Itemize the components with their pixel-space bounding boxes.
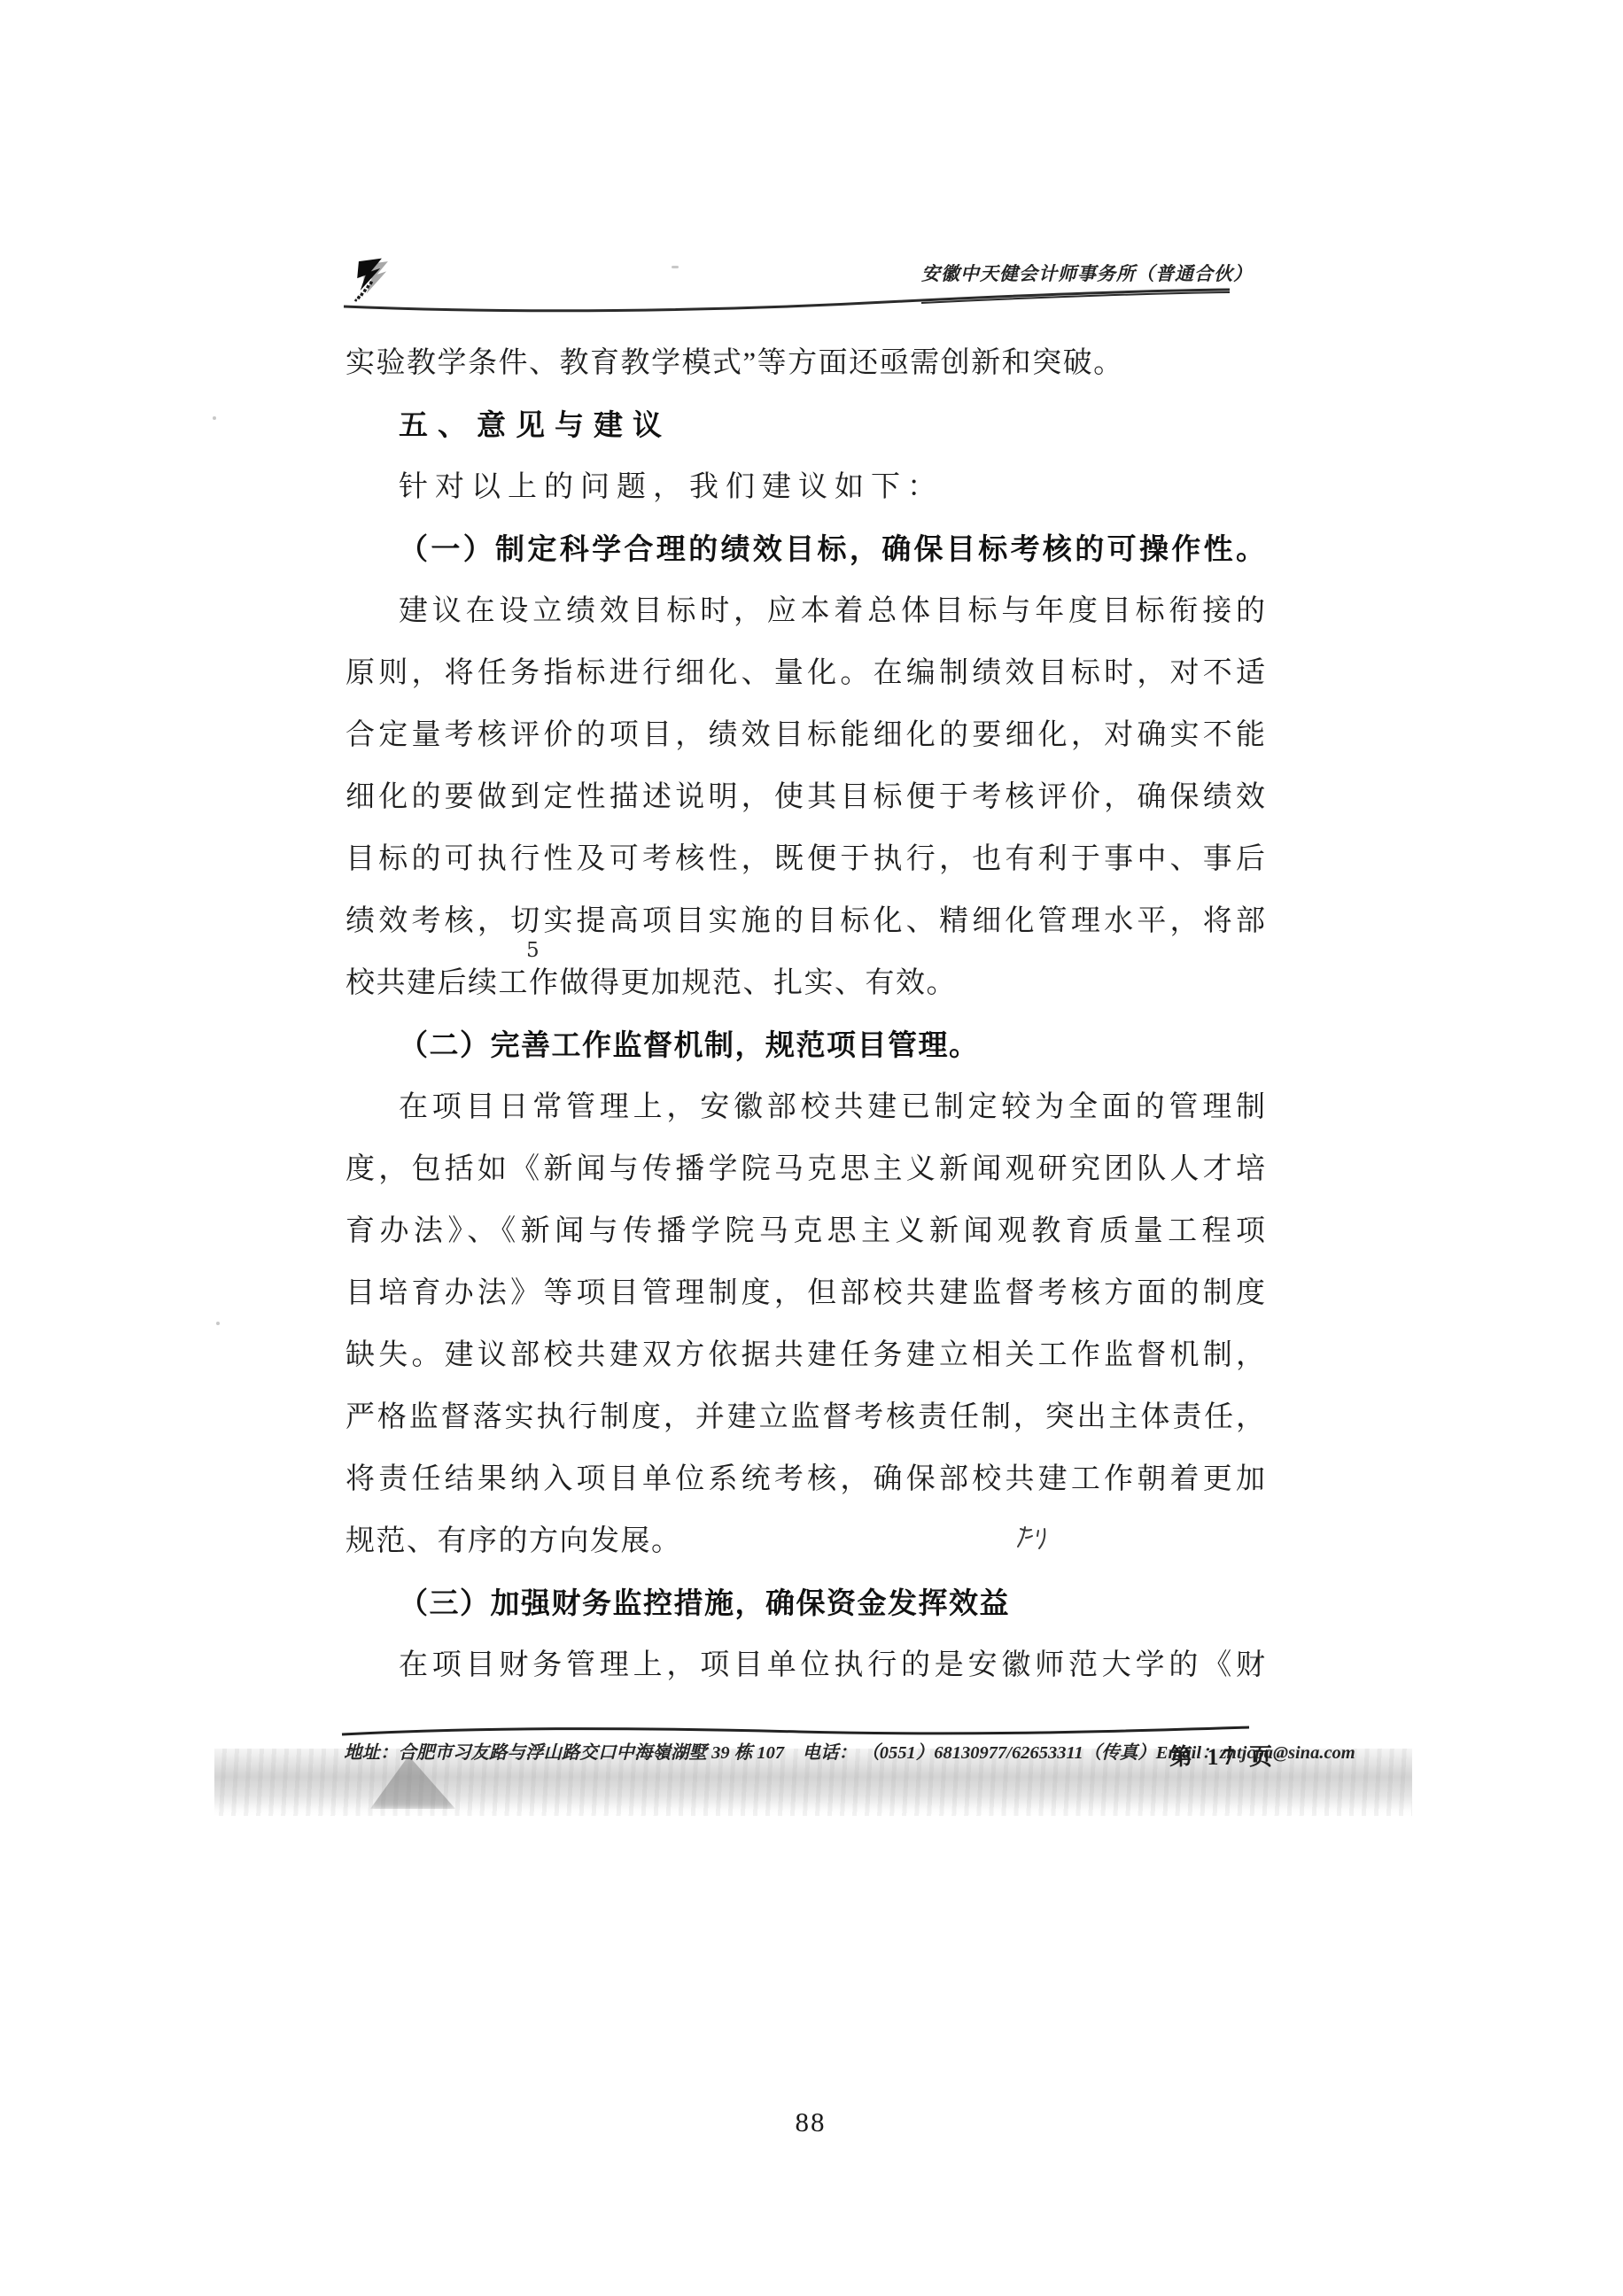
text-line: 目培育办法》等项目管理制度，但部校共建监督考核方面的制度 [346,1262,1265,1324]
subsection-heading: （三）加强财务监控措施，确保资金发挥效益 [346,1572,1265,1634]
scan-speck [213,416,216,420]
body-text-column: 实验教学条件、教育教学模式”等方面还亟需创新和突破。 五、意见与建议 针对以上的… [346,332,1265,1696]
text-line: 严格监督落实执行制度，并建立监督考核责任制，突出主体责任， [346,1386,1265,1448]
text-line: 针对以上的问题，我们建议如下： [346,456,1265,518]
page-number: 88 [0,2106,1623,2138]
text-line: 校共建后续工作做得更加规范、扎实、有效。 [346,952,1265,1014]
header-rule [337,282,1240,317]
text-line: 目标的可执行性及可考核性，既便于执行，也有利于事中、事后 [346,828,1265,890]
scan-speck [672,266,679,268]
text-line: 将责任结果纳入项目单位系统考核，确保部校共建工作朝着更加 [346,1448,1265,1510]
text-line: 在项目日常管理上，安徽部校共建已制定较为全面的管理制 [346,1076,1265,1138]
handwritten-5-mark: 5 [526,939,540,962]
text-line: 规范、有序的方向发展。 [346,1510,1265,1572]
text-line: 建议在设立绩效目标时，应本着总体目标与年度目标衔接的 [346,580,1265,642]
subsection-heading: （二）完善工作监督机制，规范项目管理。 [346,1014,1265,1076]
text-line: 实验教学条件、教育教学模式”等方面还亟需创新和突破。 [346,332,1265,394]
text-line: 细化的要做到定性描述说明，使其目标便于考核评价，确保绩效 [346,766,1265,828]
text-line: 缺失。建议部校共建双方依据共建任务建立相关工作监督机制， [346,1324,1265,1386]
text-line: 绩效考核，切实提高项目实施的目标化、精细化管理水平，将部 [346,890,1265,952]
handwritten-scribble-mark [1015,1525,1054,1555]
footer-address: 地址：合肥市习友路与浮山路交口中海嶺湖墅 39 栋 107 电话： （0551）… [344,1737,1163,1764]
subsection-heading: （一）制定科学合理的绩效目标，确保目标考核的可操作性。 [346,518,1265,580]
text-line: 度，包括如《新闻与传播学院马克思主义新闻观研究团队人才培 [346,1138,1265,1200]
scanned-document-page: 安徽中天健会计师事务所（普通合伙） 实验教学条件、教育教学模式”等方面还亟需创新… [0,0,1623,2296]
page-number-value: 88 [796,2106,827,2137]
text-line: 合定量考核评价的项目，绩效目标能细化的要细化，对确实不能 [346,704,1265,766]
footer-page-label: 第 17 页 [1169,1739,1277,1772]
text-line: 在项目财务管理上，项目单位执行的是安徽师范大学的《财 [346,1634,1265,1696]
section-heading: 五、意见与建议 [346,394,1265,456]
text-line: 育办法》、《新闻与传播学院马克思主义新闻观教育质量工程项 [346,1200,1265,1262]
text-line: 原则，将任务指标进行细化、量化。在编制绩效目标时，对不适 [346,642,1265,704]
scan-speck [216,1322,220,1325]
